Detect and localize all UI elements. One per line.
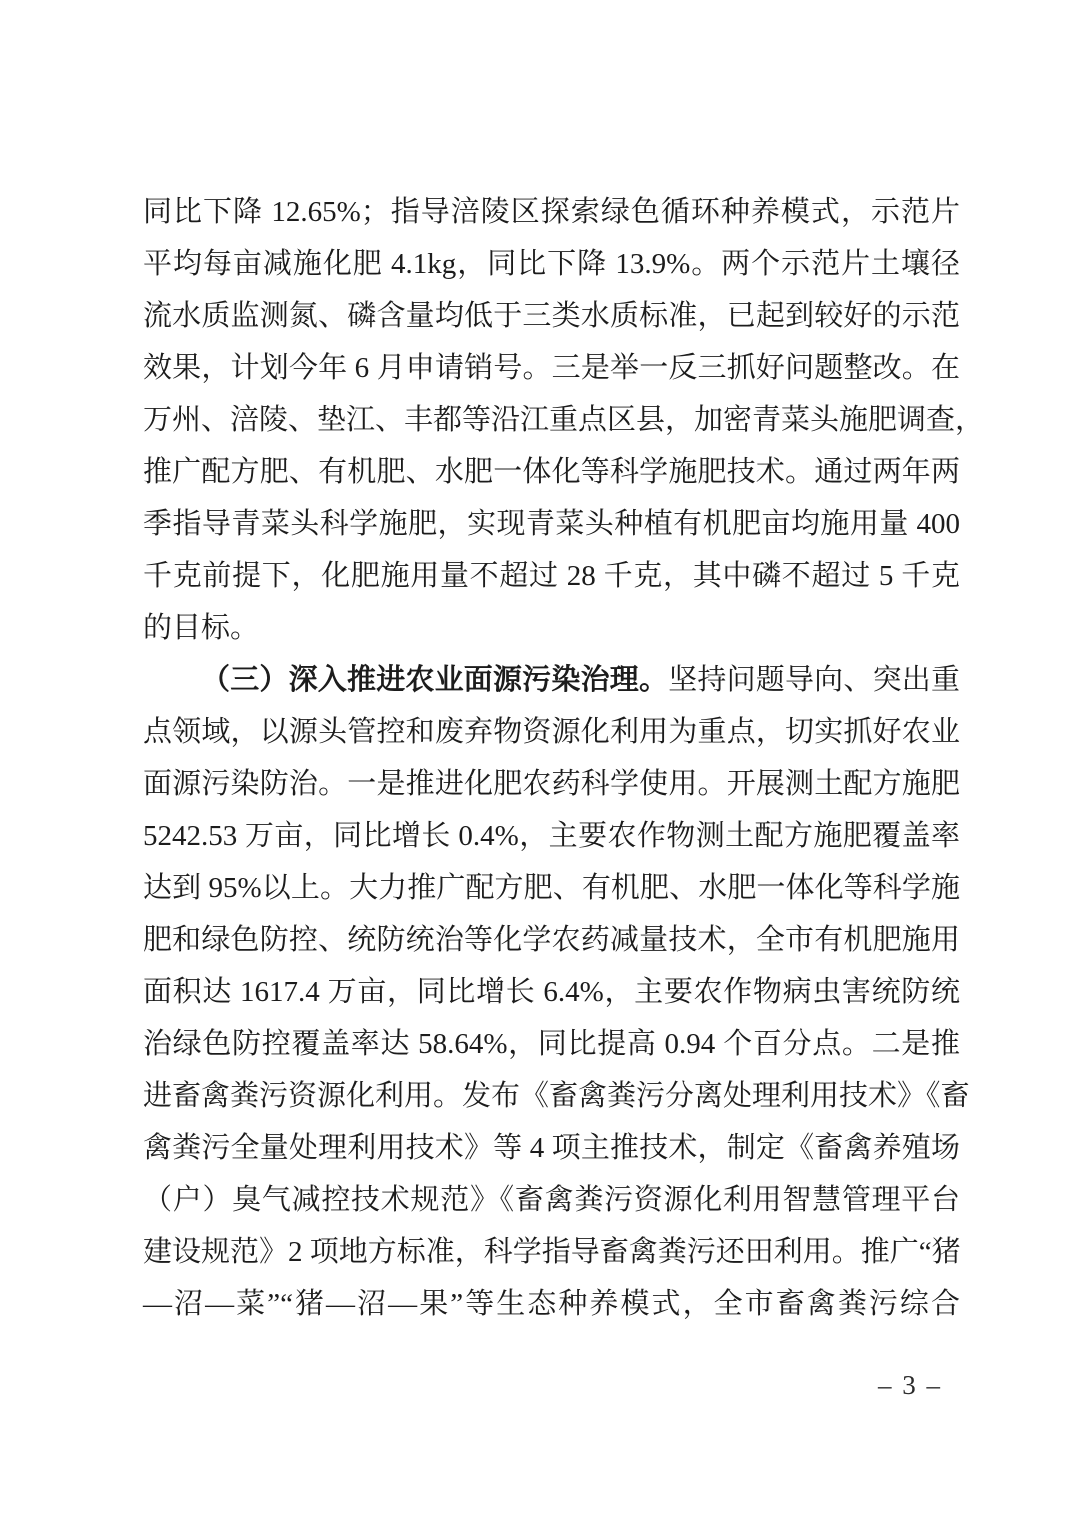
body-text: 达到 95%以上。大力推广配方肥、有机肥、水肥一体化等科学施 xyxy=(143,872,960,904)
text-line: 建设规范》2 项地方标准，科学指导畜禽粪污还田利用。推广“猪 xyxy=(143,1226,960,1278)
text-line: 面积达 1617.4 万亩，同比增长 6.4%，主要农作物病虫害统防统 xyxy=(143,966,960,1018)
body-text: 建设规范》2 项地方标准，科学指导畜禽粪污还田利用。推广“猪 xyxy=(143,1236,961,1268)
text-line: 的目标。 xyxy=(143,602,960,654)
body-text: 推广配方肥、有机肥、水肥一体化等科学施肥技术。通过两年两 xyxy=(143,456,960,488)
document-body: 同比下降 12.65%；指导涪陵区探索绿色循环种养模式，示范片平均每亩减施化肥 … xyxy=(143,186,960,1330)
body-text: 面积达 1617.4 万亩，同比增长 6.4%，主要农作物病虫害统防统 xyxy=(143,976,960,1008)
body-text: （户）臭气减控技术规范》《畜禽粪污资源化利用智慧管理平台 xyxy=(143,1184,960,1216)
text-line: 禽粪污全量处理利用技术》等 4 项主推技术，制定《畜禽养殖场 xyxy=(143,1122,960,1174)
body-text: 坚持问题导向、突出重 xyxy=(668,664,960,696)
body-text: 效果，计划今年 6 月申请销号。三是举一反三抓好问题整改。在 xyxy=(143,352,960,384)
text-line: 肥和绿色防控、统防统治等化学农药减量技术，全市有机肥施用 xyxy=(143,914,960,966)
body-text: 进畜禽粪污资源化利用。发布《畜禽粪污分离处理利用技术》《畜 xyxy=(143,1080,970,1112)
text-line: 推广配方肥、有机肥、水肥一体化等科学施肥技术。通过两年两 xyxy=(143,446,960,498)
body-text: —沼—菜”“猪—沼—果”等生态种养模式，全市畜禽粪污综合 xyxy=(143,1288,960,1320)
body-text: 的目标。 xyxy=(143,612,259,644)
body-text: 千克前提下，化肥施用量不超过 28 千克，其中磷不超过 5 千克 xyxy=(143,560,960,592)
text-line: 千克前提下，化肥施用量不超过 28 千克，其中磷不超过 5 千克 xyxy=(143,550,960,602)
body-text: 流水质监测氮、磷含量均低于三类水质标准，已起到较好的示范 xyxy=(143,300,960,332)
body-text: 面源污染防治。一是推进化肥农药科学使用。开展测土配方施肥 xyxy=(143,768,960,800)
text-line: 面源污染防治。一是推进化肥农药科学使用。开展测土配方施肥 xyxy=(143,758,960,810)
text-line: 效果，计划今年 6 月申请销号。三是举一反三抓好问题整改。在 xyxy=(143,342,960,394)
text-line: 流水质监测氮、磷含量均低于三类水质标准，已起到较好的示范 xyxy=(143,290,960,342)
text-line: 5242.53 万亩，同比增长 0.4%，主要农作物测土配方施肥覆盖率 xyxy=(143,810,960,862)
page-number: – 3 – xyxy=(878,1370,942,1401)
body-text: 平均每亩减施化肥 4.1kg，同比下降 13.9%。两个示范片土壤径 xyxy=(143,248,960,280)
text-line: —沼—菜”“猪—沼—果”等生态种养模式，全市畜禽粪污综合 xyxy=(143,1278,960,1330)
body-text: 同比下降 12.65%；指导涪陵区探索绿色循环种养模式，示范片 xyxy=(143,196,960,228)
body-text: 万州、涪陵、垫江、丰都等沿江重点区县，加密青菜头施肥调查， xyxy=(143,404,984,436)
text-line: 治绿色防控覆盖率达 58.64%，同比提高 0.94 个百分点。二是推 xyxy=(143,1018,960,1070)
text-line: 同比下降 12.65%；指导涪陵区探索绿色循环种养模式，示范片 xyxy=(143,186,960,238)
body-text: 季指导青菜头科学施肥，实现青菜头种植有机肥亩均施用量 400 xyxy=(143,508,960,540)
body-text: 5242.53 万亩，同比增长 0.4%，主要农作物测土配方施肥覆盖率 xyxy=(143,820,960,852)
body-text: 点领域，以源头管控和废弃物资源化利用为重点，切实抓好农业 xyxy=(143,716,960,748)
text-line: （户）臭气减控技术规范》《畜禽粪污资源化利用智慧管理平台 xyxy=(143,1174,960,1226)
body-text: 治绿色防控覆盖率达 58.64%，同比提高 0.94 个百分点。二是推 xyxy=(143,1028,960,1060)
document-page: 同比下降 12.65%；指导涪陵区探索绿色循环种养模式，示范片平均每亩减施化肥 … xyxy=(0,0,1074,1520)
text-line: 季指导青菜头科学施肥，实现青菜头种植有机肥亩均施用量 400 xyxy=(143,498,960,550)
text-line: 点领域，以源头管控和废弃物资源化利用为重点，切实抓好农业 xyxy=(143,706,960,758)
text-line: 进畜禽粪污资源化利用。发布《畜禽粪污分离处理利用技术》《畜 xyxy=(143,1070,960,1122)
text-line: （三）深入推进农业面源污染治理。坚持问题导向、突出重 xyxy=(143,654,960,706)
section-heading-text: （三）深入推进农业面源污染治理。 xyxy=(201,664,668,696)
body-text: 禽粪污全量处理利用技术》等 4 项主推技术，制定《畜禽养殖场 xyxy=(143,1132,960,1164)
text-line: 万州、涪陵、垫江、丰都等沿江重点区县，加密青菜头施肥调查， xyxy=(143,394,960,446)
text-line: 达到 95%以上。大力推广配方肥、有机肥、水肥一体化等科学施 xyxy=(143,862,960,914)
body-text: 肥和绿色防控、统防统治等化学农药减量技术，全市有机肥施用 xyxy=(143,924,960,956)
text-line: 平均每亩减施化肥 4.1kg，同比下降 13.9%。两个示范片土壤径 xyxy=(143,238,960,290)
